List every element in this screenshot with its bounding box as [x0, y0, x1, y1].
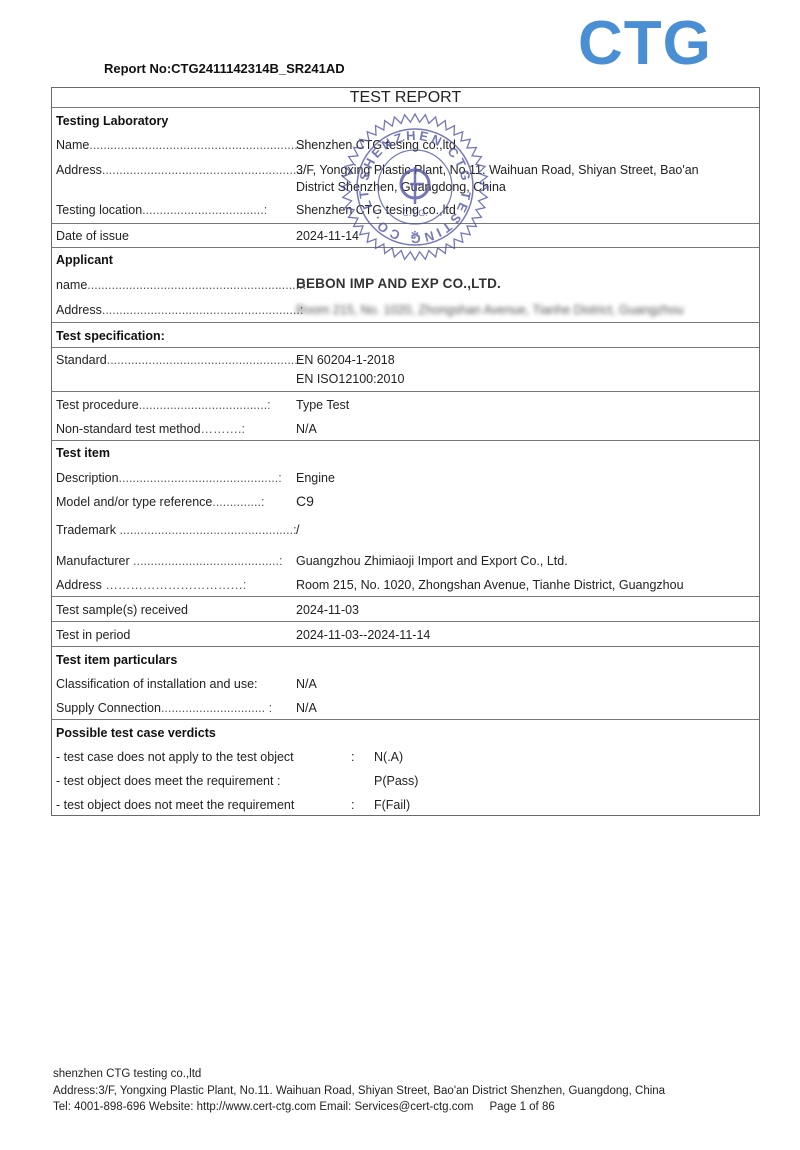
description-label: Description.............................… [56, 470, 282, 486]
applicant-name-label: name....................................… [56, 277, 306, 293]
verdict-na-value: N(.A) [374, 749, 403, 765]
divider [52, 646, 759, 647]
date-of-issue-value: 2024-11-14 [296, 228, 359, 244]
supply-connection-label: Supply Connection.......................… [56, 700, 272, 716]
applicant-address-value: Room 215, No. 1020, Zhongshan Avenue, Ti… [296, 302, 684, 318]
divider [52, 223, 759, 224]
standard-value-1: EN 60204-1-2018 [296, 352, 395, 368]
nonstandard-method-value: N/A [296, 421, 317, 437]
classification-label: Classification of installation and use: [56, 676, 258, 692]
ctg-logo: CTG [578, 4, 712, 84]
description-value: Engine [296, 470, 335, 486]
page-number: Page 1 of 86 [490, 1101, 555, 1113]
manufacturer-label: Manufacturer ...........................… [56, 553, 282, 569]
section-applicant: Applicant [56, 252, 113, 268]
verdict-pass-value: P(Pass) [374, 773, 418, 789]
section-testing-laboratory: Testing Laboratory [56, 113, 168, 129]
section-test-specification: Test specification: [56, 328, 165, 344]
sample-received-label: Test sample(s) received [56, 602, 188, 618]
divider [52, 391, 759, 392]
divider [52, 322, 759, 323]
classification-value: N/A [296, 676, 317, 692]
manufacturer-value: Guangzhou Zhimiaoji Import and Export Co… [296, 553, 568, 569]
sample-received-value: 2024-11-03 [296, 602, 359, 618]
divider [52, 347, 759, 348]
test-period-label: Test in period [56, 627, 130, 643]
footer-company: shenzhen CTG testing co.,ltd [53, 1068, 201, 1080]
lab-address-label: Address.................................… [56, 162, 303, 178]
verdict-fail-label: - test object does not meet the requirem… [56, 797, 294, 813]
lab-address-value-line2: District Shenzhen, Guangdong, China [296, 179, 506, 195]
verdict-colon: : [351, 797, 354, 813]
divider [52, 440, 759, 441]
verdict-colon: : [351, 749, 354, 765]
standard-value-2: EN ISO12100:2010 [296, 371, 404, 387]
testing-location-value: Shenzhen CTG tesing co.,ltd [296, 202, 456, 218]
footer-contact: Tel: 4001-898-696 Website: http://www.ce… [53, 1101, 555, 1113]
lab-name-label: Name....................................… [56, 137, 305, 153]
divider [52, 107, 759, 108]
standard-label: Standard................................… [56, 352, 301, 368]
nonstandard-method-label: Non-standard test method……….: [56, 421, 245, 437]
footer-address: Address:3/F, Yongxing Plastic Plant, No.… [53, 1085, 665, 1097]
verdict-na-label: - test case does not apply to the test o… [56, 749, 294, 765]
model-value: C9 [296, 493, 314, 509]
manufacturer-address-label: Address ……………………………: [56, 577, 246, 593]
section-possible-verdicts: Possible test case verdicts [56, 725, 216, 741]
lab-name-value: Shenzhen CTG tesing co.,ltd [296, 137, 456, 153]
model-label: Model and/or type reference.............… [56, 494, 264, 510]
section-test-item-particulars: Test item particulars [56, 652, 177, 668]
test-report-table: TEST REPORT Testing Laboratory Name.....… [51, 87, 760, 816]
report-title: TEST REPORT [52, 88, 759, 108]
report-number: Report No:CTG2411142314B_SR241AD [104, 61, 345, 76]
date-of-issue-label: Date of issue [56, 228, 129, 244]
divider [52, 247, 759, 248]
manufacturer-address-value: Room 215, No. 1020, Zhongshan Avenue, Ti… [296, 577, 684, 593]
test-procedure-label: Test procedure..........................… [56, 397, 271, 413]
test-procedure-value: Type Test [296, 397, 349, 413]
applicant-name-value: BEBON IMP AND EXP CO.,LTD. [296, 276, 501, 292]
section-test-item: Test item [56, 445, 110, 461]
lab-address-value-line1: 3/F, Yongxing Plastic Plant, No.11. Waih… [296, 162, 699, 178]
divider [52, 719, 759, 720]
verdict-pass-label: - test object does meet the requirement … [56, 773, 280, 789]
trademark-value: / [296, 522, 299, 538]
verdict-fail-value: F(Fail) [374, 797, 410, 813]
testing-location-label: Testing location........................… [56, 202, 267, 218]
divider [52, 596, 759, 597]
divider [52, 621, 759, 622]
trademark-label: Trademark ..............................… [56, 522, 297, 538]
test-period-value: 2024-11-03--2024-11-14 [296, 627, 430, 643]
applicant-address-label: Address.................................… [56, 302, 303, 318]
supply-connection-value: N/A [296, 700, 317, 716]
